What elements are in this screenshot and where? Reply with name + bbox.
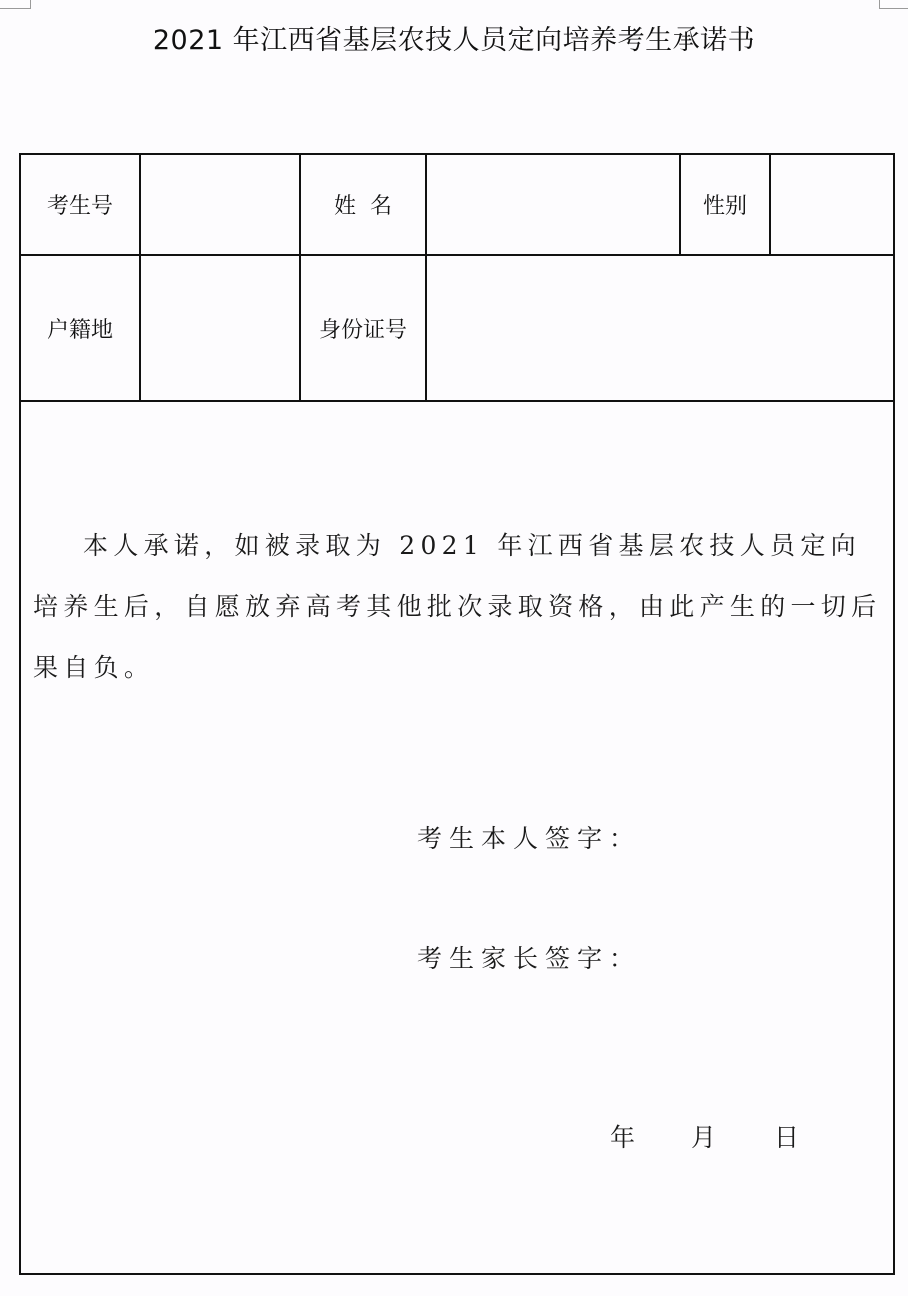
student-signature-label: 考生本人签字：: [417, 819, 641, 855]
page-corner-mark-top-right: [879, 0, 908, 9]
document-title: 2021 年江西省基层农技人员定向培养考生承诺书: [0, 18, 908, 57]
id-number-field[interactable]: [427, 256, 893, 400]
id-number-label: 身份证号: [301, 256, 425, 400]
page-corner-mark-top-left: [0, 0, 31, 9]
household-registration-field[interactable]: [141, 256, 299, 400]
name-label: 姓 名: [301, 155, 425, 254]
exam-number-field[interactable]: [141, 155, 299, 254]
date-month-label: 月: [691, 1118, 716, 1154]
pledge-statement: 本人承诺，如被录取为 2021 年江西省基层农技人员定向培养生后，自愿放弃高考其…: [33, 515, 883, 698]
row-divider-2: [21, 400, 893, 402]
parent-signature-label: 考生家长签字：: [417, 939, 641, 975]
gender-field[interactable]: [771, 155, 893, 254]
date-year-label: 年: [610, 1118, 635, 1154]
household-registration-label: 户籍地: [21, 256, 139, 400]
gender-label: 性别: [681, 155, 769, 254]
name-field[interactable]: [427, 155, 679, 254]
exam-number-label: 考生号: [21, 155, 139, 254]
date-day-label: 日: [774, 1118, 799, 1154]
pledge-form-table: 考生号 姓 名 性别 户籍地 身份证号 本人承诺，如被录取为 2021 年江西省…: [19, 153, 895, 1275]
